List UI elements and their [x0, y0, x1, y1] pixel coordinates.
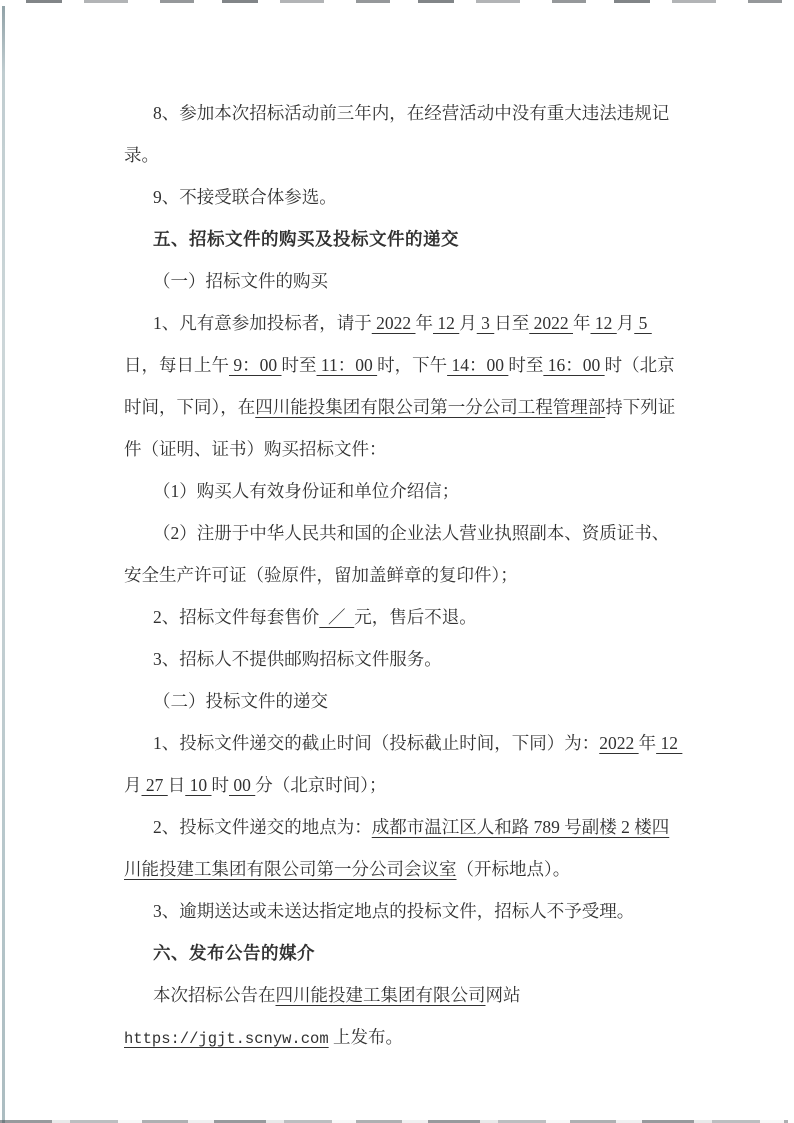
clause-8: 8、参加本次招标活动前三年内，在经营活动中没有重大违法违规记录。 — [124, 92, 682, 176]
section-5-heading: 五、招标文件的购买及投标文件的递交 — [124, 218, 682, 260]
subsection-2-heading: （二）投标文件的递交 — [124, 680, 682, 722]
certificate-item-1: （1）购买人有效身份证和单位介绍信； — [124, 470, 682, 512]
purchase-item-3: 3、招标人不提供邮购招标文件服务。 — [124, 638, 682, 680]
morning-close-time: 11：00 — [317, 355, 378, 375]
text-run: 年 — [639, 733, 657, 753]
text-run: 2、投标文件递交的地点为： — [153, 817, 372, 837]
document-price-blank: ／ — [319, 607, 354, 627]
purchase-end-month: 12 — [591, 313, 617, 333]
section-6-heading: 六、发布公告的媒介 — [124, 932, 682, 974]
purchase-start-month: 12 — [433, 313, 459, 333]
purchase-location: 四川能投集团有限公司第一分公司工程管理部 — [255, 397, 605, 417]
text-run: （2）注册于中华人民共和国的企业法人营业执照副本、资质证书、安全生产许可证（验原… — [124, 523, 669, 585]
text-run: 日，每日上午 — [124, 355, 229, 375]
announcement-media: 本次招标公告在四川能投建工集团有限公司网站 https://jgjt.scnyw… — [124, 974, 682, 1060]
text-run: 日至 — [494, 313, 529, 333]
purchase-end-day: 5 — [634, 313, 652, 333]
purchase-end-year: 2022 — [529, 313, 573, 333]
subsection-1-heading: （一）招标文件的购买 — [124, 260, 682, 302]
text-run: （一）招标文件的购买 — [153, 271, 328, 291]
text-run: 1、凡有意参加投标者，请于 — [153, 313, 372, 333]
purchase-item-2: 2、招标文件每套售价 ／ 元，售后不退。 — [124, 596, 682, 638]
text-run: 月 — [617, 313, 635, 333]
deadline-hour: 10 — [185, 775, 211, 795]
afternoon-close-time: 16：00 — [543, 355, 604, 375]
deadline-month: 12 — [656, 733, 682, 753]
text-run: 3、逾期送达或未送达指定地点的投标文件，招标人不予受理。 — [153, 901, 634, 921]
submission-item-1: 1、投标文件递交的截止时间（投标截止时间，下同）为：2022 年 12 月 27… — [124, 722, 682, 806]
text-run: （二）投标文件的递交 — [153, 691, 328, 711]
text-run: 本次招标公告在 — [153, 985, 276, 1005]
text-run: 3、招标人不提供邮购招标文件服务。 — [153, 649, 442, 669]
text-run: 月 — [459, 313, 477, 333]
document-body: 8、参加本次招标活动前三年内，在经营活动中没有重大违法违规记录。9、不接受联合体… — [124, 92, 682, 1060]
website-url: https://jgjt.scnyw.com — [124, 1030, 329, 1048]
scan-artifact-left-line — [2, 6, 5, 1123]
text-run: 年 — [416, 313, 434, 333]
clause-9: 9、不接受联合体参选。 — [124, 176, 682, 218]
text-run: 2、招标文件每套售价 — [153, 607, 319, 627]
text-run: 时至 — [282, 355, 317, 375]
text-run: 上发布。 — [329, 1027, 403, 1047]
deadline-minute: 00 — [229, 775, 255, 795]
text-run: 五、招标文件的购买及投标文件的递交 — [153, 229, 459, 249]
deadline-year: 2022 — [599, 733, 638, 753]
text-run: 月 — [124, 775, 142, 795]
purchase-start-day: 3 — [477, 313, 495, 333]
text-run: 六、发布公告的媒介 — [153, 943, 315, 963]
text-run: 9、不接受联合体参选。 — [153, 187, 337, 207]
text-run: 时 — [212, 775, 230, 795]
certificate-item-2: （2）注册于中华人民共和国的企业法人营业执照副本、资质证书、安全生产许可证（验原… — [124, 512, 682, 596]
deadline-day: 27 — [142, 775, 168, 795]
publisher-company: 四川能投建工集团有限公司 — [276, 985, 486, 1005]
text-run: 8、参加本次招标活动前三年内，在经营活动中没有重大违法违规记录。 — [124, 103, 669, 165]
text-run: （1）购买人有效身份证和单位介绍信； — [153, 481, 459, 501]
text-run: 分（北京时间）； — [255, 775, 386, 795]
text-run: （开标地点）。 — [457, 859, 571, 879]
afternoon-open-time: 14：00 — [447, 355, 508, 375]
text-run: 1、投标文件递交的截止时间（投标截止时间，下同）为： — [153, 733, 599, 753]
text-run: 年 — [573, 313, 591, 333]
purchase-item-1: 1、凡有意参加投标者，请于 2022 年 12 月 3 日至 2022 年 12… — [124, 302, 682, 470]
text-run: 元，售后不退。 — [354, 607, 477, 627]
purchase-start-year: 2022 — [372, 313, 416, 333]
submission-item-2: 2、投标文件递交的地点为：成都市温江区人和路 789 号副楼 2 楼四川能投建工… — [124, 806, 682, 890]
scan-artifact-top-edge — [26, 0, 790, 3]
submission-item-3: 3、逾期送达或未送达指定地点的投标文件，招标人不予受理。 — [124, 890, 682, 932]
text-run: 日 — [168, 775, 186, 795]
text-run: 时，下午 — [377, 355, 447, 375]
text-run: 时至 — [508, 355, 543, 375]
morning-open-time: 9：00 — [229, 355, 282, 375]
text-run: 网站 — [486, 985, 525, 1005]
